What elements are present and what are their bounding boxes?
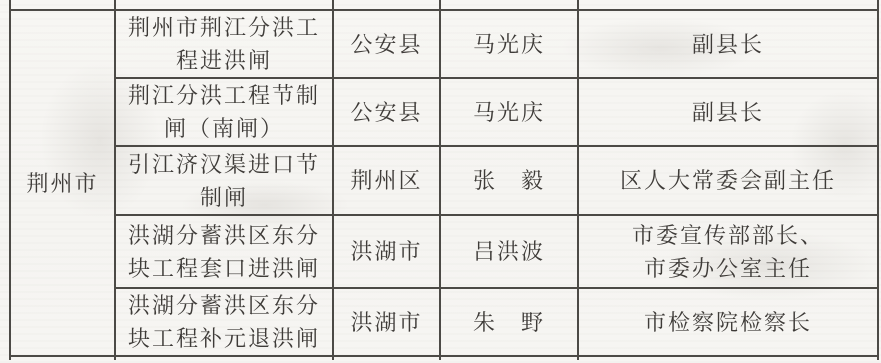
county-cell: 洪湖市 [333, 288, 440, 356]
county-cell: 公安县 [333, 10, 440, 78]
table-row: 引江济汉渠进口节 制闸 荆州区 张 毅 区人大常委会副主任 [10, 146, 878, 215]
county-cell: 洪湖市 [333, 215, 440, 288]
person-cell: 张 毅 [440, 146, 578, 215]
scanned-document-page: 荆州市 荆州市荆江分洪工 程进洪闸 公安县 马光庆 副县长 荆江分洪工程节制 闸… [0, 0, 881, 363]
project-cell: 荆州市荆江分洪工 程进洪闸 [115, 10, 333, 78]
table-row: 洪湖分蓄洪区东分 块工程补元退洪闸 洪湖市 朱 野 市检察院检察长 [10, 288, 878, 356]
empty-cell [578, 356, 878, 360]
cutoff-row-bottom [10, 356, 878, 360]
table-row: 荆州市 荆州市荆江分洪工 程进洪闸 公安县 马光庆 副县长 [10, 10, 878, 78]
project-cell: 洪湖分蓄洪区东分 块工程套口进洪闸 [115, 215, 333, 288]
empty-cell [10, 356, 115, 360]
table-row: 荆江分洪工程节制 闸（南闸） 公安县 马光庆 副县长 [10, 78, 878, 146]
table-row: 洪湖分蓄洪区东分 块工程套口进洪闸 洪湖市 吕洪波 市委宣传部部长、 市委办公室… [10, 215, 878, 288]
title-cell: 副县长 [578, 78, 878, 146]
title-cell: 市检察院检察长 [578, 288, 878, 356]
county-cell: 公安县 [333, 78, 440, 146]
empty-cell [115, 0, 333, 10]
empty-cell [578, 0, 878, 10]
empty-cell [333, 356, 440, 360]
person-cell: 朱 野 [440, 288, 578, 356]
person-cell: 马光庆 [440, 78, 578, 146]
title-cell: 市委宣传部部长、 市委办公室主任 [578, 215, 878, 288]
empty-cell [440, 0, 578, 10]
empty-cell [10, 0, 115, 10]
person-cell: 马光庆 [440, 10, 578, 78]
county-cell: 荆州区 [333, 146, 440, 215]
city-cell: 荆州市 [10, 10, 115, 356]
title-cell: 区人大常委会副主任 [578, 146, 878, 215]
empty-cell [115, 356, 333, 360]
project-cell: 引江济汉渠进口节 制闸 [115, 146, 333, 215]
project-cell: 荆江分洪工程节制 闸（南闸） [115, 78, 333, 146]
responsibility-table: 荆州市 荆州市荆江分洪工 程进洪闸 公安县 马光庆 副县长 荆江分洪工程节制 闸… [9, 0, 879, 360]
project-cell: 洪湖分蓄洪区东分 块工程补元退洪闸 [115, 288, 333, 356]
title-cell: 副县长 [578, 10, 878, 78]
empty-cell [440, 356, 578, 360]
person-cell: 吕洪波 [440, 215, 578, 288]
cutoff-row-top [10, 0, 878, 10]
empty-cell [333, 0, 440, 10]
